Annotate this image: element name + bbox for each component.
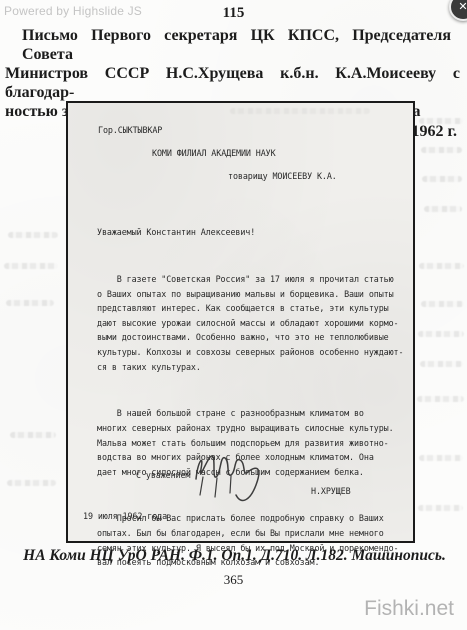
bleed-through-artifact <box>422 176 462 182</box>
bleed-through-artifact <box>419 263 464 269</box>
khrushchev-signature <box>186 443 286 513</box>
page-number-top: 115 <box>0 5 467 22</box>
bleed-through-artifact <box>417 396 464 402</box>
bleed-through-artifact <box>421 147 462 153</box>
bleed-through-artifact <box>418 331 464 337</box>
bleed-through-artifact <box>230 108 370 114</box>
bleed-through-artifact <box>7 480 56 486</box>
bleed-through-artifact <box>424 206 462 212</box>
letter-date: 19 июля 1962 года <box>83 509 167 524</box>
heading-line: Письмо Первого секретаря ЦК КПСС, Предсе… <box>4 26 461 64</box>
bleed-through-artifact <box>6 300 54 306</box>
letter-signer-name: Н.ХРУЩЕВ <box>311 484 351 499</box>
bleed-through-artifact <box>418 505 463 511</box>
bleed-through-artifact <box>4 263 58 269</box>
bleed-through-artifact <box>419 118 463 124</box>
page-number-bottom: 365 <box>0 572 467 588</box>
letter-closing: С уважением <box>136 468 190 483</box>
letter-addressee: товарищу МОИСЕЕВУ К.А. <box>228 169 337 184</box>
letter-paragraph: В газете "Советская Россия" за 17 июля я… <box>97 272 403 374</box>
highslide-viewer: { "viewer": { "credit": "Powered by High… <box>0 0 467 630</box>
bleed-through-artifact <box>421 301 464 307</box>
bleed-through-artifact <box>420 361 463 367</box>
letter-city: Гор.СЫКТЫВКАР <box>98 123 162 138</box>
letter-salutation: Уважаемый Константин Алексеевич! <box>97 225 403 240</box>
bleed-through-artifact <box>8 232 58 238</box>
bleed-through-artifact <box>10 432 56 438</box>
bleed-through-artifact <box>419 455 463 461</box>
archive-reference-caption: НА Коми НЦ УрО РАН. Ф.1. Оп.1. Д.710. Л.… <box>10 547 459 565</box>
letter-organization: КОМИ ФИЛИАЛ АКАДЕМИИ НАУК <box>152 146 276 161</box>
letter-scan-image[interactable]: Гор.СЫКТЫВКАР КОМИ ФИЛИАЛ АКАДЕМИИ НАУК … <box>66 101 415 543</box>
heading-line: Министров СССР Н.С.Хрущева к.б.н. К.А.Мо… <box>4 64 461 102</box>
letter-body: Уважаемый Константин Алексеевич! В газет… <box>97 196 403 602</box>
